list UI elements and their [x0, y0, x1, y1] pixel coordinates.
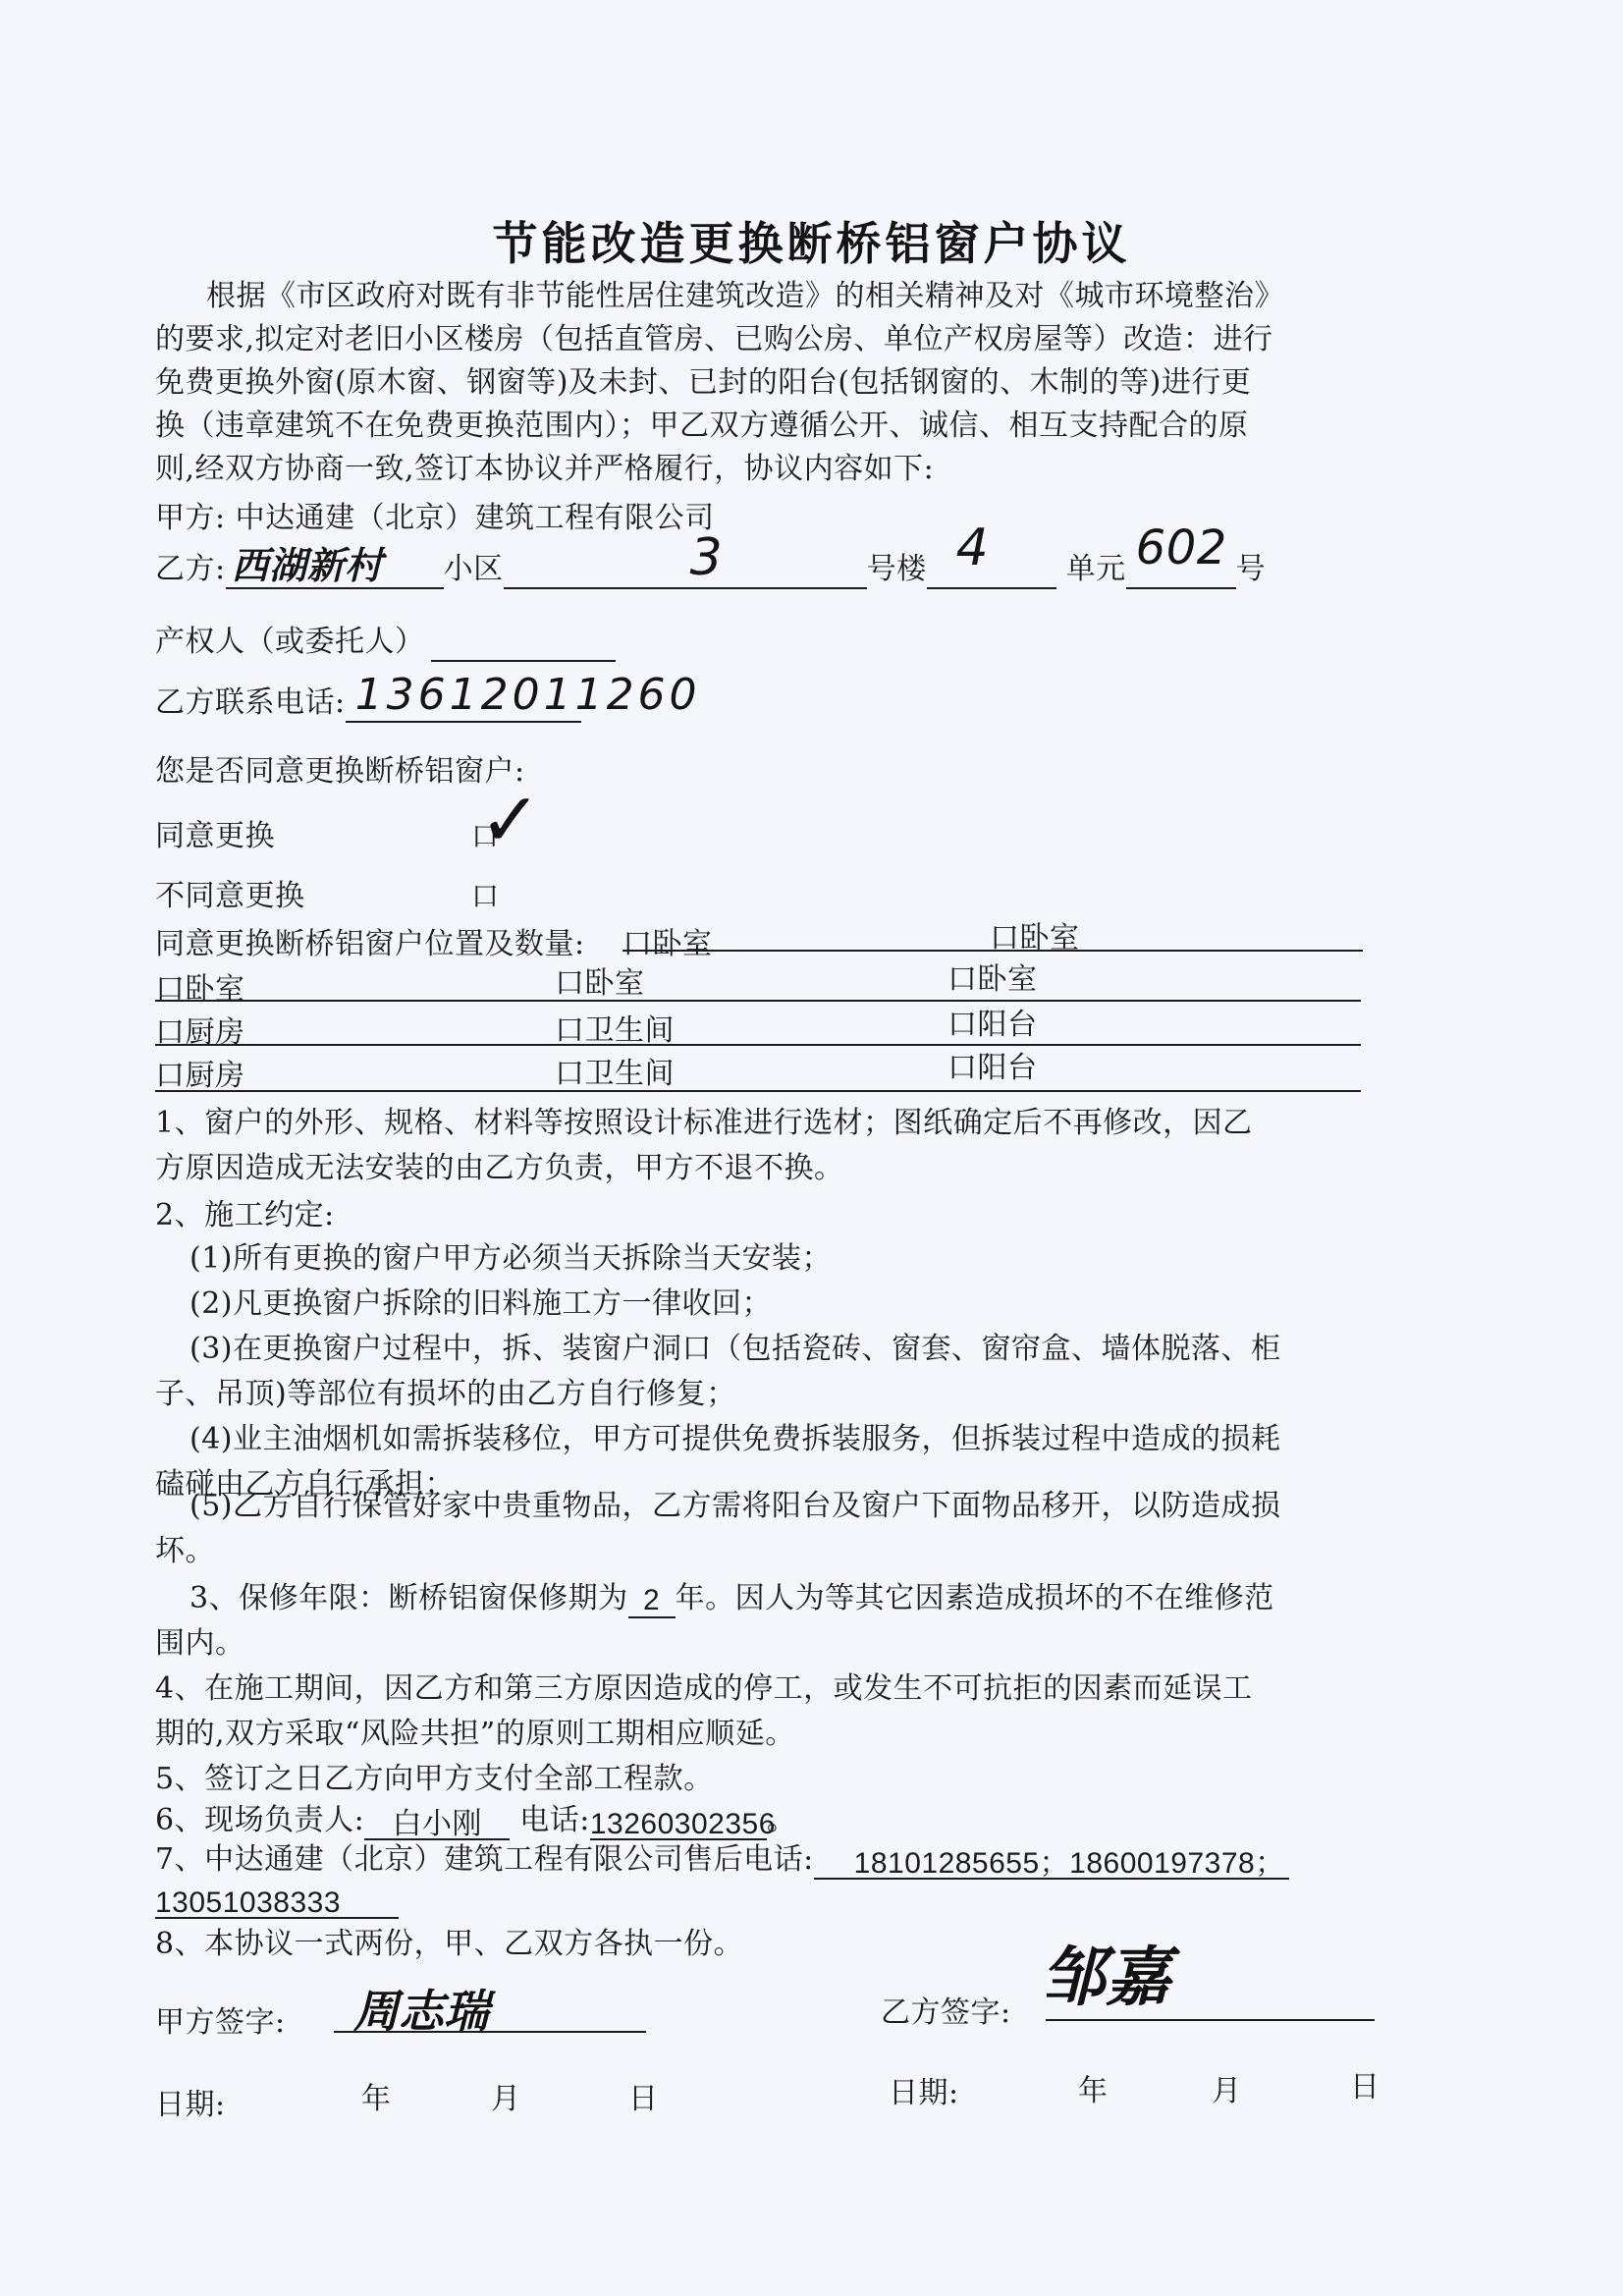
room-value: 602: [1136, 528, 1227, 568]
clause-6-row: 6、现场负责人:白小刚 电话:13260302356。: [155, 1801, 796, 1840]
owner-label: 产权人（或委托人）: [155, 625, 425, 659]
phone-row: 乙方联系电话:13612011260: [155, 683, 581, 723]
location-r3-c1[interactable]: 口卫生间: [555, 1055, 675, 1094]
intro-line-5: 则,经双方协商一致,签订本协议并严格履行，协议内容如下:: [155, 450, 934, 489]
after-sales-phones-field[interactable]: 18101285655；18600197378；: [814, 1844, 1289, 1880]
party-b-date-year[interactable]: 年: [1078, 2072, 1109, 2111]
locations-label: 同意更换断桥铝窗户位置及数量:: [155, 925, 585, 964]
party-a-date-year[interactable]: 年: [361, 2080, 392, 2119]
party-a-date-label: 日期:: [155, 2088, 226, 2122]
owner-row: 产权人（或委托人）: [155, 623, 616, 662]
clause-2-title: 2、施工约定:: [155, 1196, 335, 1235]
intro-line-3: 免费更换外窗(原木窗、钢窗等)及未封、已封的阳台(包括钢窗的、木制的等)进行更: [155, 363, 1251, 403]
clause-2-item-4: (4)业主油烟机如需拆装移位，甲方可提供免费拆装服务，但拆装过程中造成的损耗: [189, 1420, 1281, 1459]
party-a-value: 中达通建（北京）建筑工程有限公司: [236, 501, 715, 535]
location-r1-c1[interactable]: 口卧室: [555, 964, 645, 1004]
locations-rule-0: [622, 950, 1363, 952]
clause-2-item-5-cont: 坏。: [155, 1532, 215, 1571]
party-b-signature-label: 乙方签字:: [881, 1994, 1011, 2033]
consent-question: 您是否同意更换断桥铝窗户:: [155, 752, 525, 792]
warranty-years-field[interactable]: 2: [628, 1581, 676, 1618]
clause-1-line-2: 方原因造成无法安装的由乙方负责，甲方不退不换。: [155, 1149, 844, 1188]
locations-rule-1: [155, 1000, 1361, 1002]
clause-6-label: 6、现场负责人:: [155, 1803, 364, 1837]
intro-line-4: 换（违章建筑不在免费更换范围内）；甲乙双方遵循公开、诚信、相互支持配合的原: [155, 407, 1249, 446]
unit-field[interactable]: 4: [927, 554, 1056, 589]
after-sales-phone-2-field[interactable]: 13051038333: [155, 1884, 399, 1919]
community-field[interactable]: 西湖新村: [226, 554, 444, 589]
building-field[interactable]: 3: [504, 554, 867, 589]
clause-3-prefix: 3、保修年限：断桥铝窗保修期为: [189, 1581, 628, 1615]
clause-3-suffix: 年。因人为等其它因素造成损坏的不在维修范: [676, 1581, 1274, 1615]
location-r0-c0[interactable]: 口卧室: [622, 925, 713, 964]
agree-label: 同意更换: [155, 817, 275, 856]
party-b-date-month[interactable]: 月: [1212, 2072, 1242, 2111]
clause-2-item-3-cont: 子、吊顶)等部位有损坏的由乙方自行修复；: [155, 1375, 736, 1414]
party-a-row: 甲方: 中达通建（北京）建筑工程有限公司: [155, 499, 715, 538]
party-b-date-day[interactable]: 日: [1350, 2068, 1380, 2107]
disagree-label: 不同意更换: [155, 877, 305, 916]
building-label: 号楼: [867, 552, 927, 586]
clause-7-cont: 13051038333: [155, 1880, 399, 1919]
site-manager-field[interactable]: 白小刚: [364, 1805, 510, 1840]
clause-2-item-2: (2)凡更换窗户拆除的旧料施工方一律收回；: [189, 1285, 772, 1324]
intro-line-1: 根据《市区政府对既有非节能性居住建筑改造》的相关精神及对《城市环境整治》: [206, 277, 1284, 316]
clause-5: 5、签订之日乙方向甲方支付全部工程款。: [155, 1760, 714, 1799]
location-r3-c2[interactable]: 口阳台: [947, 1049, 1038, 1088]
unit-label: 单元: [1066, 552, 1126, 586]
location-r1-c2[interactable]: 口卧室: [947, 960, 1038, 1000]
clause-3-cont: 围内。: [155, 1624, 245, 1664]
room-field[interactable]: 602: [1126, 554, 1236, 589]
community-value: 西湖新村: [232, 546, 383, 585]
location-r1-c0[interactable]: 口卧室: [155, 970, 245, 1010]
intro-line-2: 的要求,拟定对老旧小区楼房（包括直管房、已购公房、单位产权房屋等）改造：进行: [155, 320, 1273, 359]
location-r2-c0[interactable]: 口厨房: [155, 1013, 245, 1053]
party-a-label: 甲方:: [155, 501, 226, 535]
building-value: 3: [690, 538, 724, 577]
party-b-signature-line[interactable]: [1046, 2019, 1375, 2021]
phone-value: 13612011260: [355, 676, 701, 715]
locations-rule-2: [155, 1044, 1361, 1046]
site-manager-phone-field[interactable]: 13260302356: [590, 1805, 767, 1840]
party-a-date-day[interactable]: 日: [628, 2080, 659, 2119]
agreement-page: 节能改造更换断桥铝窗户协议 根据《市区政府对既有非节能性居住建筑改造》的相关精神…: [0, 0, 1623, 2296]
clause-2-item-3: (3)在更换窗户过程中，拆、装窗户洞口（包括瓷砖、窗套、窗帘盒、墙体脱落、柜: [189, 1330, 1281, 1369]
clause-7-label: 7、中达通建（北京）建筑工程有限公司售后电话:: [155, 1842, 814, 1877]
location-r2-c2[interactable]: 口阳台: [947, 1006, 1038, 1045]
party-b-row: 乙方:西湖新村小区3号楼4 单元602号: [155, 550, 1266, 589]
locations-rule-3: [155, 1090, 1361, 1092]
clause-2-item-5-text: (5)乙方自行保管好家中贵重物品，乙方需将阳台及窗户下面物品移开，以防造成损: [189, 1487, 1281, 1526]
clause-1-line-1: 1、窗户的外形、规格、材料等按照设计标准进行选材；图纸确定后不再修改，因乙: [155, 1104, 1253, 1143]
unit-value: 4: [956, 528, 990, 568]
room-label: 号: [1236, 552, 1267, 586]
clause-7-row: 7、中达通建（北京）建筑工程有限公司售后电话:18101285655；18600…: [155, 1840, 1289, 1880]
document-title: 节能改造更换断桥铝窗户协议: [0, 208, 1623, 273]
owner-field[interactable]: [431, 627, 616, 662]
checkmark-icon: ✓: [479, 776, 542, 863]
clause-6-phone-label: 电话:: [519, 1803, 590, 1837]
party-a-signature: 周志瑞: [353, 1976, 489, 2041]
clause-3-row: 3、保修年限：断桥铝窗保修期为2年。因人为等其它因素造成损坏的不在维修范: [189, 1579, 1274, 1618]
party-b-signature: 邹嘉: [1041, 1925, 1170, 2018]
clause-2-item-1: (1)所有更换的窗户甲方必须当天拆除当天安装；: [189, 1239, 832, 1279]
party-b-label: 乙方:: [155, 552, 226, 586]
party-a-date-month[interactable]: 月: [491, 2080, 521, 2119]
party-a-signature-label: 甲方签字:: [155, 2003, 286, 2043]
disagree-checkbox[interactable]: 口: [471, 877, 500, 916]
phone-field[interactable]: 13612011260: [346, 687, 581, 723]
clause-4-line-1: 4、在施工期间，因乙方和第三方原因造成的停工，或发生不可抗拒的因素而延误工: [155, 1669, 1253, 1709]
phone-label: 乙方联系电话:: [155, 685, 346, 720]
location-r0-c1[interactable]: 口卧室: [990, 919, 1080, 958]
community-label: 小区: [444, 552, 504, 586]
party-b-date-label: 日期:: [889, 2074, 959, 2113]
clause-8: 8、本协议一式两份，甲、乙双方各执一份。: [155, 1925, 743, 1964]
clause-4-line-2: 期的,双方采取“风险共担”的原则工期相应顺延。: [155, 1715, 795, 1754]
party-a-date-row: 日期:: [155, 2086, 226, 2125]
